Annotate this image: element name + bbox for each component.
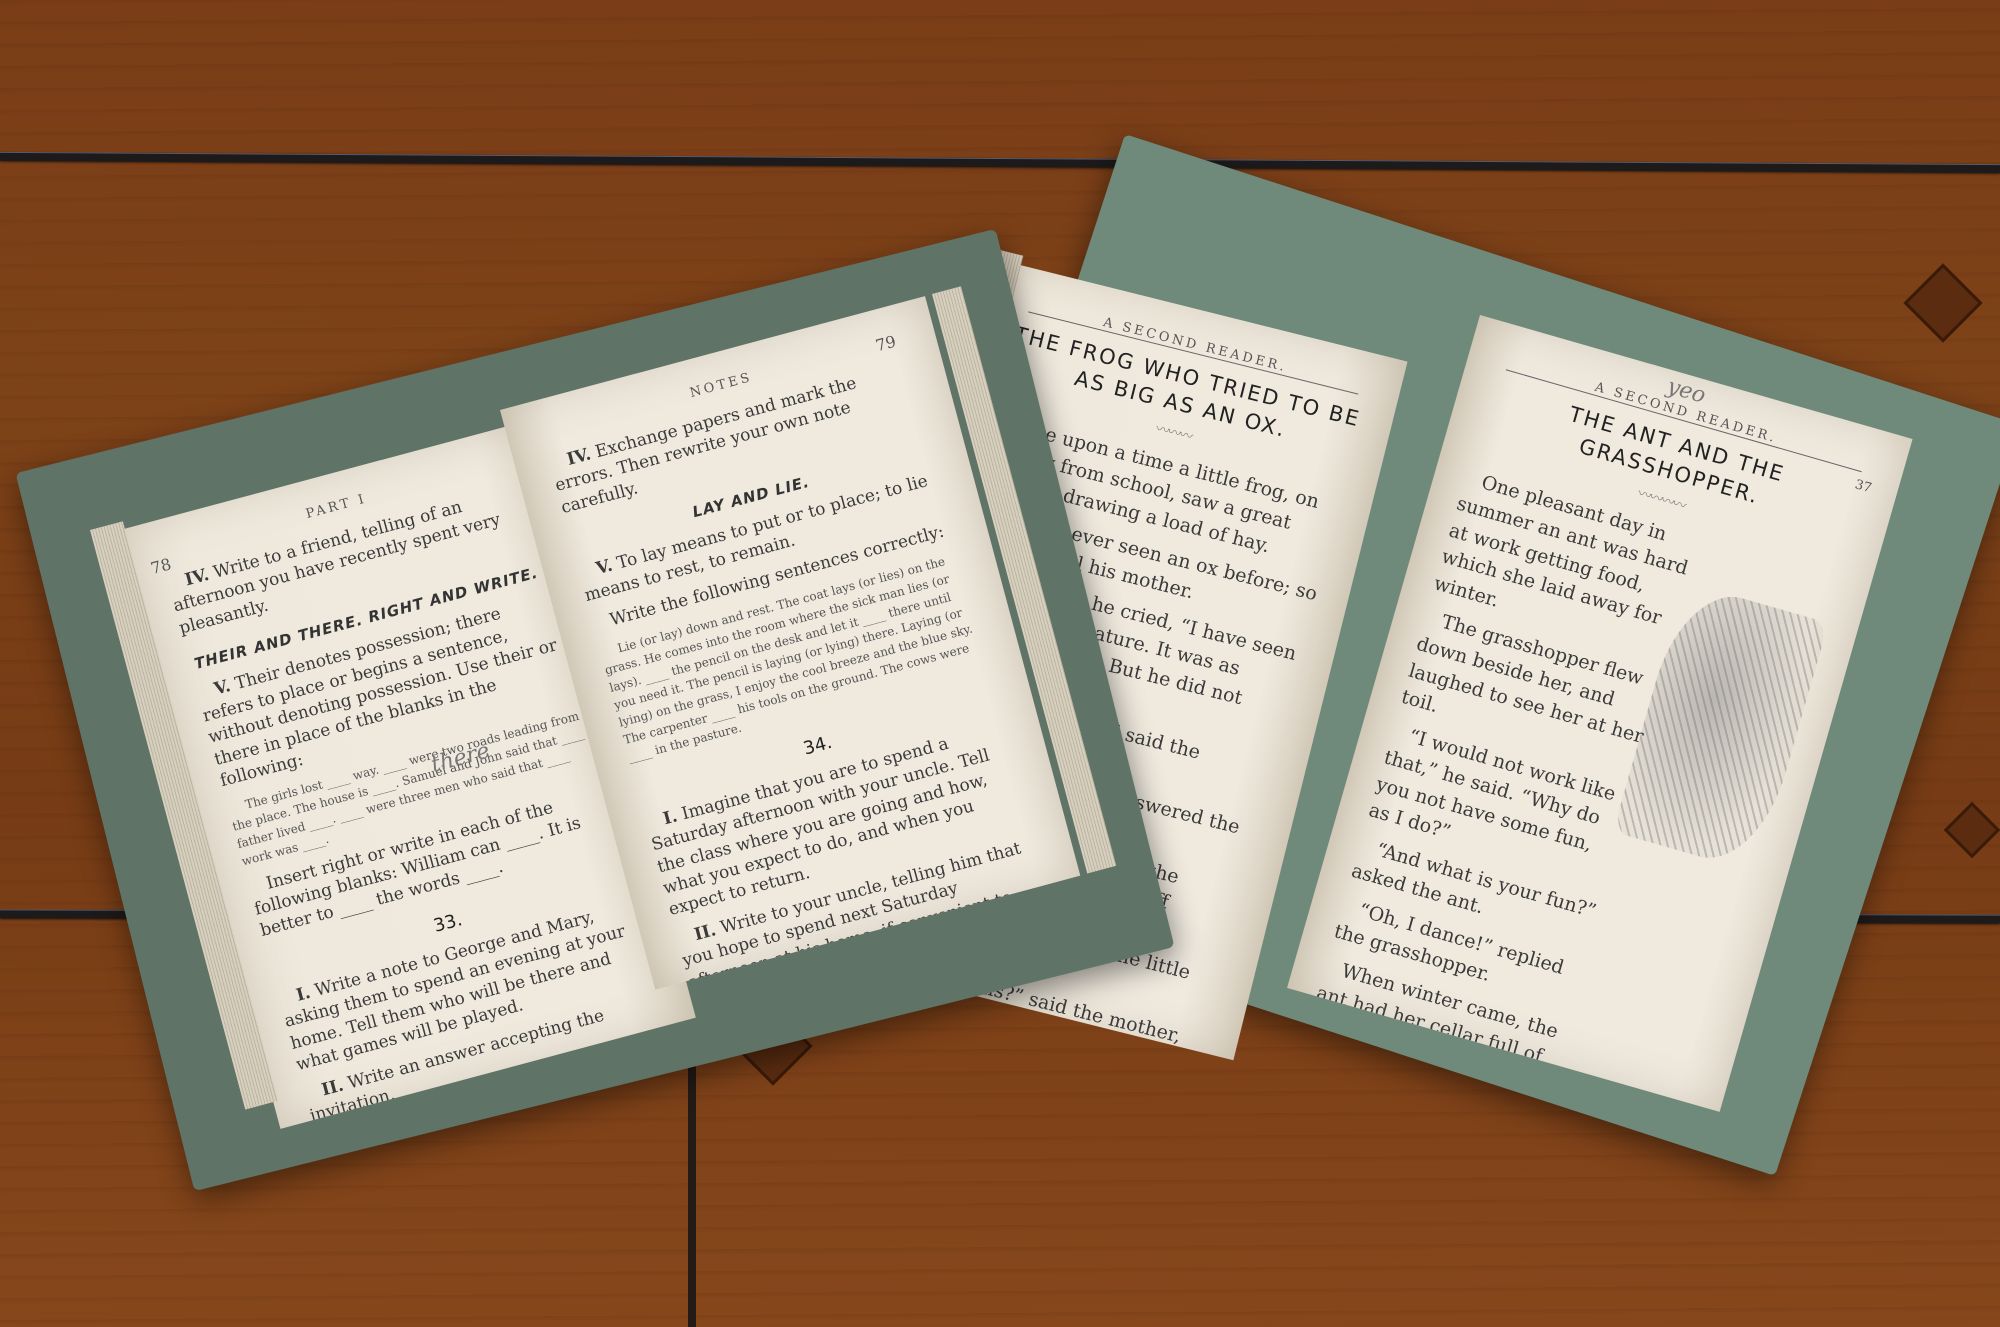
grammar-book: 78 PART I IV. Write to a friend, telling… [60,230,1140,1130]
wood-plank-seam-top [0,152,2000,173]
wood-knot [1944,802,2000,859]
